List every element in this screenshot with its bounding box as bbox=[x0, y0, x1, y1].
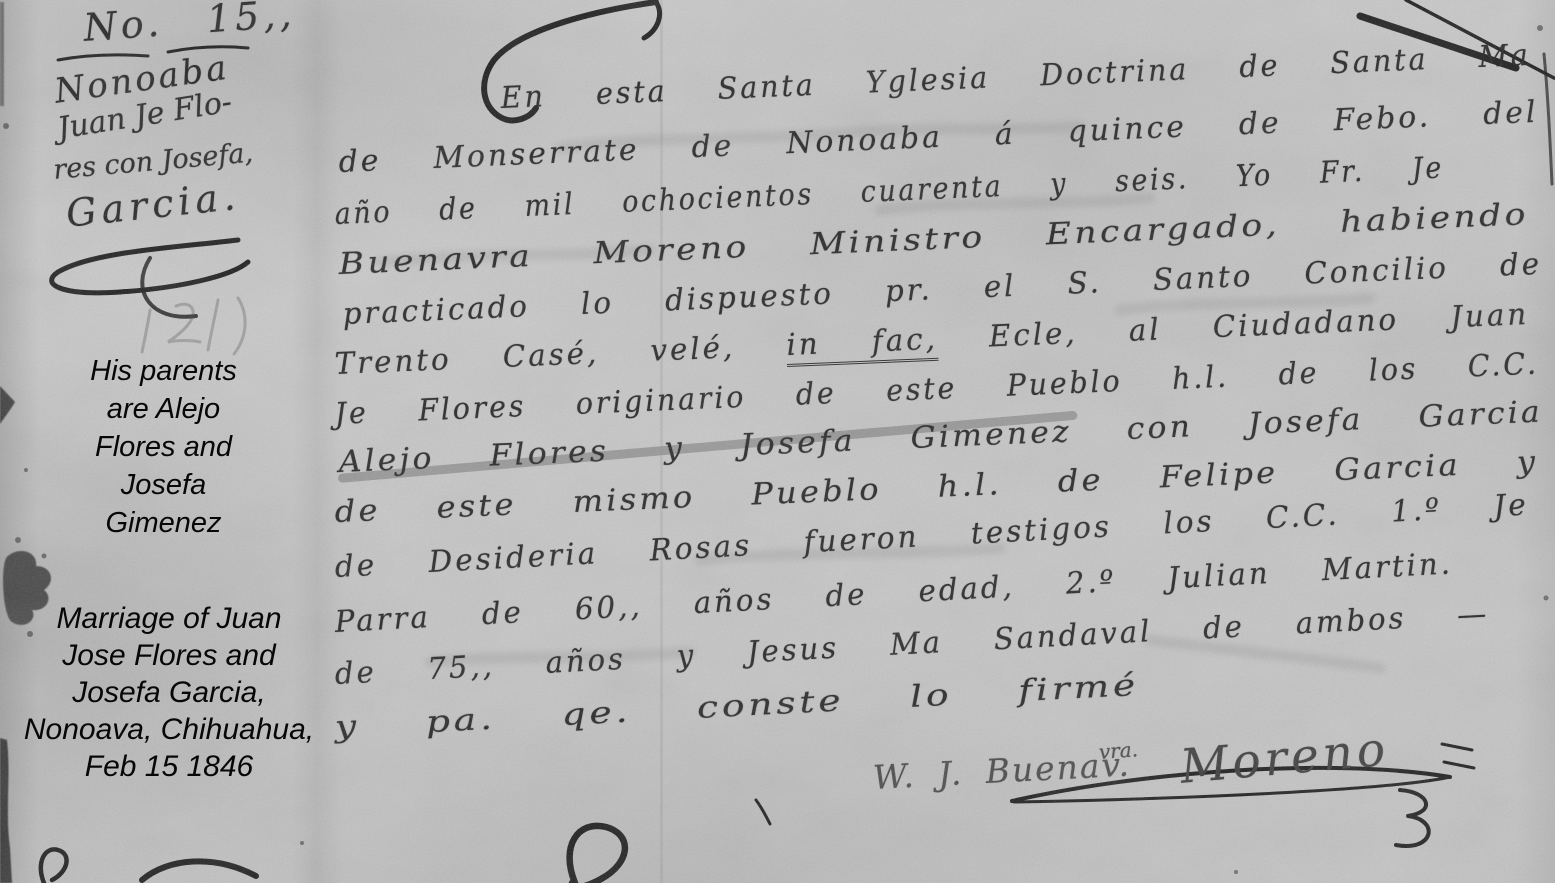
annotation-line: Gimenez bbox=[56, 504, 271, 542]
faint-pencil-mark bbox=[168, 304, 200, 342]
annotation-line: Josefa bbox=[56, 466, 271, 504]
record-number-underline bbox=[58, 55, 148, 60]
annotation-line: His parents bbox=[56, 352, 271, 390]
annotation-parents: His parents are Alejo Flores and Josefa … bbox=[56, 352, 271, 542]
signature-rubric-tick-1 bbox=[1442, 744, 1472, 750]
ink-speck bbox=[3, 123, 9, 129]
marriage-record-scan: No. 15,, Nonoaba Juan Je Flo- res con Jo… bbox=[0, 0, 1555, 883]
bottom-stroke bbox=[756, 800, 770, 824]
annotation-line: Marriage of Juan bbox=[3, 600, 335, 637]
bottom-flourish-small bbox=[41, 849, 67, 883]
annotation-line: are Alejo bbox=[56, 390, 271, 428]
faint-pencil-mark bbox=[208, 300, 218, 350]
bottom-flourish-loop bbox=[570, 826, 625, 883]
left-edge-sliver bbox=[0, 2, 4, 106]
annotation-line: Flores and bbox=[56, 428, 271, 466]
left-edge-wedge bbox=[0, 386, 15, 424]
signature-superscript: vra. bbox=[1098, 737, 1139, 764]
ink-speck bbox=[1537, 25, 1543, 31]
signature-rubric-squiggle bbox=[1396, 790, 1429, 846]
ink-speck bbox=[42, 554, 47, 559]
signature-rubric-tick-2 bbox=[1444, 762, 1474, 768]
initial-flourish-loop bbox=[644, 2, 660, 38]
annotation-marriage: Marriage of Juan Jose Flores and Josefa … bbox=[3, 600, 335, 785]
ink-speck bbox=[1234, 870, 1238, 874]
faint-pencil-mark bbox=[142, 310, 150, 352]
annotation-line: Josefa Garcia, bbox=[3, 674, 335, 711]
latin-phrase-underlined: in fac, bbox=[786, 322, 939, 367]
ink-speck bbox=[24, 468, 28, 472]
ink-speck bbox=[15, 537, 21, 543]
annotation-line: Feb 15 1846 bbox=[3, 748, 335, 785]
margin-paraph bbox=[52, 240, 248, 293]
annotation-line: Nonoava, Chihuahua, bbox=[3, 711, 335, 748]
bottom-flourish-arc bbox=[142, 861, 256, 880]
ink-speck bbox=[300, 841, 304, 845]
faint-pencil-mark bbox=[234, 298, 245, 354]
annotation-line: Jose Flores and bbox=[3, 637, 335, 674]
ink-speck bbox=[1544, 596, 1549, 601]
